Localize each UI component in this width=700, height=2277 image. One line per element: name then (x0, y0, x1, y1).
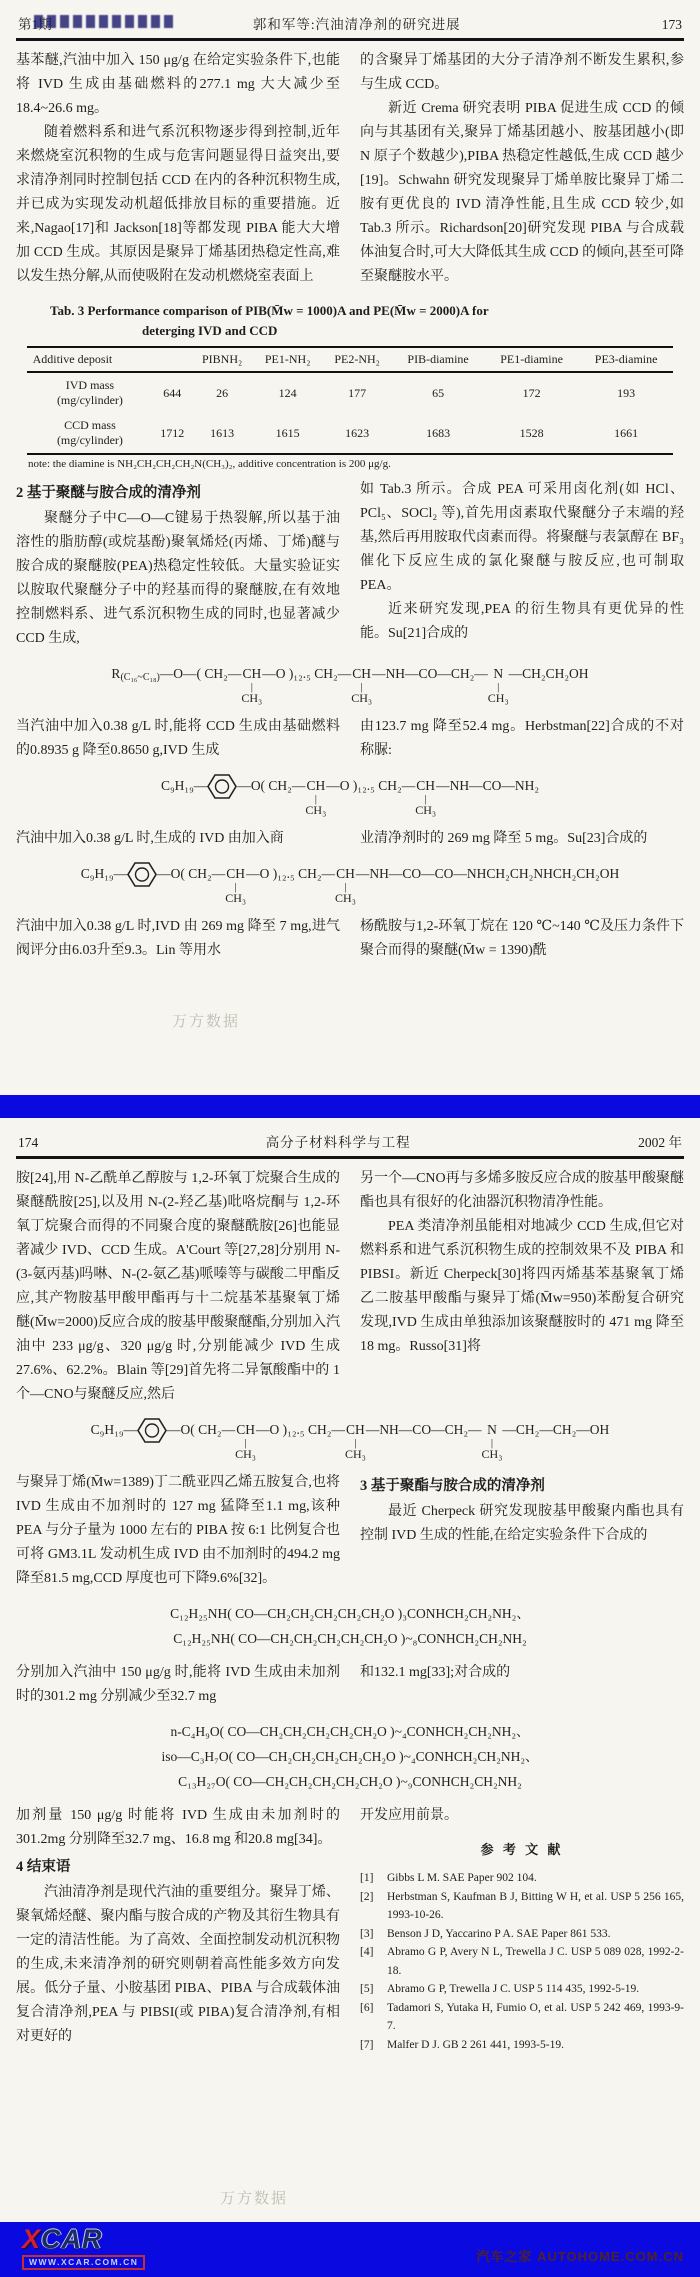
xcar-letter-x: X (22, 2224, 41, 2254)
cell: 177 (322, 372, 391, 413)
reference-text: Abramo G P, Trewella J C. USP 5 114 435,… (387, 1980, 684, 1999)
left-column: 汽油中加入0.38 g/L 时,生成的 IVD 由加入商 (16, 827, 340, 851)
chem-text: C₉H₁₉— (91, 1420, 137, 1440)
reference-item: [7] Malfer D J. GB 2 261 441, 1993-5-19. (360, 2036, 684, 2055)
cell: 193 (579, 372, 674, 413)
reference-item: [2] Herbstman S, Kaufman B J, Bitting W … (360, 1888, 684, 1925)
table-row: IVD mass (mg/cylinder) 644 26 124 177 65… (27, 372, 674, 413)
chem-text: —O( CH₂— (157, 864, 225, 884)
header-rule (16, 38, 684, 41)
chem-text: —O )₁₂.₅ CH₂— (262, 664, 351, 684)
year-label: 2002 年 (638, 1131, 682, 1151)
benzene-ring-icon (207, 773, 237, 804)
row-label: CCD mass (mg/cylinder) (27, 413, 154, 454)
paragraph: 如 Tab.3 所示。合成 PEA 可采用卤化剂(如 HCl、PCl₅、SOCl… (360, 478, 684, 598)
paragraph: 随着燃料系和进气系沉积物逐步得到控制,近年来燃烧室沉积物的生成与危害问题显得日益… (16, 121, 340, 289)
chem-branch: CH|CH₃ (351, 664, 372, 706)
col-header: PE1-NH₂ (253, 347, 322, 372)
paragraph: 与聚异丁烯(M̄w=1389)丁二酰亚四乙烯五胺复合,也将 IVD 生成由不加剂… (16, 1471, 340, 1591)
xcar-url-badge: WWW.XCAR.COM.CN (22, 2255, 145, 2270)
cell: 1615 (253, 413, 322, 454)
reference-text: Gibbs L M. SAE Paper 902 104. (387, 1869, 684, 1888)
right-column: 如 Tab.3 所示。合成 PEA 可采用卤化剂(如 HCl、PCl₅、SOCl… (360, 478, 684, 651)
paragraph: 和132.1 mg[33];对合成的 (360, 1661, 684, 1685)
paragraph: 杨酰胺与1,2-环氧丁烷在 120 ℃~140 ℃及压力条件下聚合而得的聚醚(M… (360, 915, 684, 963)
reference-text: Malfer D J. GB 2 261 441, 1993-5-19. (387, 2036, 684, 2055)
chem-branch: CH|CH₃ (225, 864, 246, 906)
reference-number: [2] (360, 1888, 382, 1925)
reference-item: [6] Tadamori S, Yutaka H, Fumio O, et al… (360, 1999, 684, 2036)
cell: 1613 (191, 413, 253, 454)
reference-item: [3] Benson J D, Yaccarino P A. SAE Paper… (360, 1925, 684, 1944)
chem-formula-2: C₉H₁₉——O( CH₂—CH|CH₃—O )₁₂.₅ CH₂—CH|CH₃—… (14, 776, 686, 818)
table-row: CCD mass (mg/cylinder) 1712 1613 1615 16… (27, 413, 674, 454)
chem-text: —O )₁₂.₅ CH₂— (256, 1420, 345, 1440)
right-column: 3 基于聚酯与胺合成的清净剂 最近 Cherpeck 研究发现胺基甲酸聚内酯也具… (360, 1471, 684, 1591)
cell: 1712 (153, 413, 191, 454)
chem-text: C₉H₁₉— (161, 776, 207, 796)
xcar-letters-car: CAR (41, 2224, 103, 2254)
scan-artifact (34, 15, 174, 28)
reference-item: [4] Abramo G P, Avery N L, Trewella J C.… (360, 1943, 684, 1980)
text-block-a: 基苯醚,汽油中加入 150 μg/g 在给定实验条件下,也能将 IVD 生成由基… (14, 45, 686, 293)
left-column: 胺[24],用 N-乙酰单乙醇胺与 1,2-环氧丁烷聚合生成的聚醚酰胺[25],… (16, 1167, 340, 1407)
right-column: 开发应用前景。 参 考 文 献 [1] Gibbs L M. SAE Paper… (360, 1804, 684, 2054)
chem-text: —O( CH₂— (167, 1420, 235, 1440)
row-label: IVD mass (mg/cylinder) (27, 372, 154, 413)
wanfang-watermark: 万方数据 (172, 1010, 240, 1031)
paragraph: 业清净剂时的 269 mg 降至 5 mg。Su[23]合成的 (360, 827, 684, 851)
text-block-g: 与聚异丁烯(M̄w=1389)丁二酰亚四乙烯五胺复合,也将 IVD 生成由不加剂… (14, 1467, 686, 1595)
journal-title: 高分子材料科学与工程 (266, 1131, 411, 1151)
row-label-line1: CCD mass (28, 418, 153, 433)
page-number: 174 (18, 1135, 38, 1151)
row-label-line2: (mg/cylinder) (28, 433, 153, 448)
reference-number: [3] (360, 1925, 382, 1944)
chem-branch: CH|CH₃ (241, 664, 262, 706)
right-column: 另一个—CNO再与多烯多胺反应合成的胺基甲酸聚醚酯也具有很好的化油器沉积物清净性… (360, 1167, 684, 1407)
reference-number: [4] (360, 1943, 382, 1980)
table-caption: Tab. 3 Performance comparison of PIB(M̄w… (50, 301, 650, 341)
chem-formula-1: R(C₁₆~C₁₈)—O—( CH₂—CH|CH₃—O )₁₂.₅ CH₂—CH… (14, 664, 686, 706)
reference-number: [5] (360, 1980, 382, 1999)
right-column: 业清净剂时的 269 mg 降至 5 mg。Su[23]合成的 (360, 827, 684, 851)
chem-text: —NH—CO—CH₂— (372, 664, 488, 684)
left-column: 当汽油中加入0.38 g/L 时,能将 CCD 生成由基础燃料的0.8935 g… (16, 715, 340, 763)
page-173: 第1期 郭和军等:汽油清净剂的研究进展 173 基苯醚,汽油中加入 150 μg… (0, 0, 700, 1095)
paragraph: 另一个—CNO再与多烯多胺反应合成的胺基甲酸聚醚酯也具有很好的化油器沉积物清净性… (360, 1167, 684, 1215)
scanned-paper: 第1期 郭和军等:汽油清净剂的研究进展 173 基苯醚,汽油中加入 150 μg… (0, 0, 700, 2277)
table-caption-line2: deterging IVD and CCD (50, 321, 650, 341)
text-block-h: 分别加入汽油中 150 μg/g 时,能将 IVD 生成由未加剂时的301.2 … (14, 1657, 686, 1713)
text-block-d: 汽油中加入0.38 g/L 时,生成的 IVD 由加入商 业清净剂时的 269 … (14, 823, 686, 855)
paragraph: PEA 类清净剂虽能相对地减少 CCD 生成,但它对燃料系和进气系沉积物生成的控… (360, 1215, 684, 1359)
chem-line: C₁₂H₂₅NH( CO—CH₂CH₂CH₂CH₂CH₂O )₃CONHCH₂C… (14, 1601, 686, 1626)
chem-line: n-C₄H₉O( CO—CH₂CH₂CH₂CH₂CH₂O )~₄CONHCH₂C… (14, 1719, 686, 1744)
paragraph: 胺[24],用 N-乙酰单乙醇胺与 1,2-环氧丁烷聚合生成的聚醚酰胺[25],… (16, 1167, 340, 1407)
chem-text: —O )₁₂.₅ CH₂— (326, 776, 415, 796)
page-174: 174 高分子材料科学与工程 2002 年 胺[24],用 N-乙酰单乙醇胺与 … (0, 1118, 700, 2277)
reference-number: [7] (360, 2036, 382, 2055)
references-title: 参 考 文 献 (360, 1838, 684, 1862)
reference-text: Tadamori S, Yutaka H, Fumio O, et al. US… (387, 1999, 684, 2036)
col-header: PIBNH₂ (191, 347, 253, 372)
chem-formula-6: n-C₄H₉O( CO—CH₂CH₂CH₂CH₂CH₂O )~₄CONHCH₂C… (14, 1719, 686, 1794)
left-column: 与聚异丁烯(M̄w=1389)丁二酰亚四乙烯五胺复合,也将 IVD 生成由不加剂… (16, 1471, 340, 1591)
chem-text: —O—( CH₂— (160, 664, 242, 684)
tab3-table: Additive deposit PIBNH₂ PE1-NH₂ PE2-NH₂ … (27, 346, 674, 455)
reference-number: [1] (360, 1869, 382, 1888)
paragraph: 新近 Crema 研究表明 PIBA 促进生成 CCD 的倾向与其基团有关,聚异… (360, 97, 684, 289)
section-3-heading: 3 基于聚酯与胺合成的清净剂 (360, 1474, 684, 1498)
chem-branch: N|CH₃ (488, 664, 509, 706)
page2-header: 174 高分子材料科学与工程 2002 年 (14, 1118, 686, 1156)
cell: 644 (153, 372, 191, 413)
chem-branch: CH|CH₃ (415, 776, 436, 818)
cell: 1683 (392, 413, 485, 454)
table-note: note: the diamine is NH₂CH₂CH₂CH₂N(CH₃)₂… (28, 458, 680, 470)
chem-formula-4: C₉H₁₉——O( CH₂—CH|CH₃—O )₁₂.₅ CH₂—CH|CH₃—… (14, 1420, 686, 1462)
paragraph: 最近 Cherpeck 研究发现胺基甲酸聚内酯也具有控制 IVD 生成的性能,在… (360, 1500, 684, 1548)
page-number: 173 (662, 17, 682, 33)
cell: 1623 (322, 413, 391, 454)
reference-number: [6] (360, 1999, 382, 2036)
paragraph: 的含聚异丁烯基团的大分子清净剂不断发生累积,参与生成 CCD。 (360, 49, 684, 97)
chem-text: R (111, 664, 120, 684)
col-header: PE1-diamine (484, 347, 578, 372)
text-block-f: 胺[24],用 N-乙酰单乙醇胺与 1,2-环氧丁烷聚合生成的聚醚酰胺[25],… (14, 1163, 686, 1411)
chem-branch: CH|CH₃ (335, 864, 356, 906)
chem-text: —NH—CO—CO—NHCH₂CH₂NHCH₂CH₂OH (356, 864, 619, 884)
chem-line: iso—C₃H₇O( CO—CH₂CH₂CH₂CH₂CH₂O )~₄CONHCH… (14, 1744, 686, 1769)
chem-text: (C₁₆~C₁₈) (120, 668, 159, 688)
paragraph: 开发应用前景。 (360, 1804, 684, 1828)
reference-item: [1] Gibbs L M. SAE Paper 902 104. (360, 1869, 684, 1888)
autohome-watermark: 汽车之家 AUTOHOME.COM.CN (476, 2246, 684, 2265)
col-header: Additive deposit (27, 347, 154, 372)
cell: 1528 (484, 413, 578, 454)
paragraph: 聚醚分子中C—O—C键易于热裂解,所以基于油溶性的脂肪醇(或烷基酚)聚氧烯烃(丙… (16, 507, 340, 651)
paragraph: 加剂量 150 μg/g 时能将 IVD 生成由未加剂时的301.2mg 分别降… (16, 1804, 340, 1852)
cell: 1661 (579, 413, 674, 454)
col-header: PE2-NH₂ (322, 347, 391, 372)
left-column: 分别加入汽油中 150 μg/g 时,能将 IVD 生成由未加剂时的301.2 … (16, 1661, 340, 1709)
chem-text: —O )₁₂.₅ CH₂— (246, 864, 335, 884)
reference-text: Abramo G P, Avery N L, Trewella J C. USP… (387, 1943, 684, 1980)
chem-text: —NH—CO—NH₂ (436, 776, 539, 796)
chem-text: —O( CH₂— (237, 776, 305, 796)
section-2-heading: 2 基于聚醚与胺合成的清净剂 (16, 481, 340, 505)
reference-text: Benson J D, Yaccarino P A. SAE Paper 861… (387, 1925, 684, 1944)
left-column: 基苯醚,汽油中加入 150 μg/g 在给定实验条件下,也能将 IVD 生成由基… (16, 49, 340, 289)
right-column: 的含聚异丁烯基团的大分子清净剂不断发生累积,参与生成 CCD。 新近 Crema… (360, 49, 684, 289)
running-title: 郭和军等:汽油清净剂的研究进展 (253, 13, 461, 33)
text-block-b: 2 基于聚醚与胺合成的清净剂 聚醚分子中C—O—C键易于热裂解,所以基于油溶性的… (14, 474, 686, 655)
col-header (153, 347, 191, 372)
reference-text: Herbstman S, Kaufman B J, Bitting W H, e… (387, 1888, 684, 1925)
benzene-ring-icon (127, 861, 157, 892)
header-rule (16, 1156, 684, 1159)
left-column: 加剂量 150 μg/g 时能将 IVD 生成由未加剂时的301.2mg 分别降… (16, 1804, 340, 2054)
paragraph: 汽油中加入0.38 g/L 时,生成的 IVD 由加入商 (16, 827, 340, 851)
chem-text: —CH₂—CH₂—OH (502, 1420, 609, 1440)
chem-branch: CH|CH₃ (305, 776, 326, 818)
chem-formula-3: C₉H₁₉——O( CH₂—CH|CH₃—O )₁₂.₅ CH₂—CH|CH₃—… (14, 864, 686, 906)
paragraph: 由123.7 mg 降至52.4 mg。Herbstman[22]合成的不对称脲… (360, 715, 684, 763)
chem-line: C₁₂H₂₅NH( CO—CH₂CH₂CH₂CH₂CH₂O )~₈CONHCH₂… (14, 1626, 686, 1651)
paragraph: 当汽油中加入0.38 g/L 时,能将 CCD 生成由基础燃料的0.8935 g… (16, 715, 340, 763)
right-column: 和132.1 mg[33];对合成的 (360, 1661, 684, 1709)
paragraph: 近来研究发现,PEA 的衍生物具有更优异的性能。Su[21]合成的 (360, 598, 684, 646)
chem-text: —NH—CO—CH₂— (366, 1420, 482, 1440)
paragraph: 基苯醚,汽油中加入 150 μg/g 在给定实验条件下,也能将 IVD 生成由基… (16, 49, 340, 121)
xcar-wordmark: XCAR (22, 2226, 145, 2253)
reference-item: [5] Abramo G P, Trewella J C. USP 5 114 … (360, 1980, 684, 1999)
chem-formula-5: C₁₂H₂₅NH( CO—CH₂CH₂CH₂CH₂CH₂O )₃CONHCH₂C… (14, 1601, 686, 1651)
paragraph: 汽油清净剂是现代汽油的重要组分。聚异丁烯、聚氧烯烃醚、聚内酯与胺合成的产物及其衍… (16, 1881, 340, 2049)
chem-branch: CH|CH₃ (235, 1420, 256, 1462)
table-caption-line1: Tab. 3 Performance comparison of PIB(M̄w… (50, 301, 650, 321)
right-column: 杨酰胺与1,2-环氧丁烷在 120 ℃~140 ℃及压力条件下聚合而得的聚醚(M… (360, 915, 684, 963)
cell: 26 (191, 372, 253, 413)
right-column: 由123.7 mg 降至52.4 mg。Herbstman[22]合成的不对称脲… (360, 715, 684, 763)
row-label-line2: (mg/cylinder) (28, 393, 153, 408)
cell: 124 (253, 372, 322, 413)
paragraph: 分别加入汽油中 150 μg/g 时,能将 IVD 生成由未加剂时的301.2 … (16, 1661, 340, 1709)
table-3-block: Tab. 3 Performance comparison of PIB(M̄w… (20, 301, 680, 470)
left-column: 汽油中加入0.38 g/L 时,IVD 由 269 mg 降至 7 mg,进气阀… (16, 915, 340, 963)
paragraph: 汽油中加入0.38 g/L 时,IVD 由 269 mg 降至 7 mg,进气阀… (16, 915, 340, 963)
wanfang-watermark: 万方数据 (220, 2187, 288, 2208)
chem-text: C₉H₁₉— (81, 864, 127, 884)
chem-line: C₁₃H₂₇O( CO—CH₂CH₂CH₂CH₂CH₂O )~₉CONHCH₂C… (14, 1769, 686, 1794)
xcar-logo: XCAR WWW.XCAR.COM.CN (22, 2226, 145, 2270)
text-block-i: 加剂量 150 μg/g 时能将 IVD 生成由未加剂时的301.2mg 分别降… (14, 1800, 686, 2058)
section-4-heading: 4 结束语 (16, 1855, 340, 1879)
page-separator-band (0, 1095, 700, 1118)
chem-branch: N|CH₃ (482, 1420, 503, 1462)
chem-branch: CH|CH₃ (345, 1420, 366, 1462)
footer-band: XCAR WWW.XCAR.COM.CN 汽车之家 AUTOHOME.COM.C… (0, 2222, 700, 2277)
text-block-c: 当汽油中加入0.38 g/L 时,能将 CCD 生成由基础燃料的0.8935 g… (14, 711, 686, 767)
col-header: PIB-diamine (392, 347, 485, 372)
table-header-row: Additive deposit PIBNH₂ PE1-NH₂ PE2-NH₂ … (27, 347, 674, 372)
left-column: 2 基于聚醚与胺合成的清净剂 聚醚分子中C—O—C键易于热裂解,所以基于油溶性的… (16, 478, 340, 651)
chem-text: —CH₂CH₂OH (509, 664, 589, 684)
cell: 65 (392, 372, 485, 413)
col-header: PE3-diamine (579, 347, 674, 372)
cell: 172 (484, 372, 578, 413)
row-label-line1: IVD mass (28, 378, 153, 393)
benzene-ring-icon (137, 1417, 167, 1448)
text-block-e: 汽油中加入0.38 g/L 时,IVD 由 269 mg 降至 7 mg,进气阀… (14, 911, 686, 967)
